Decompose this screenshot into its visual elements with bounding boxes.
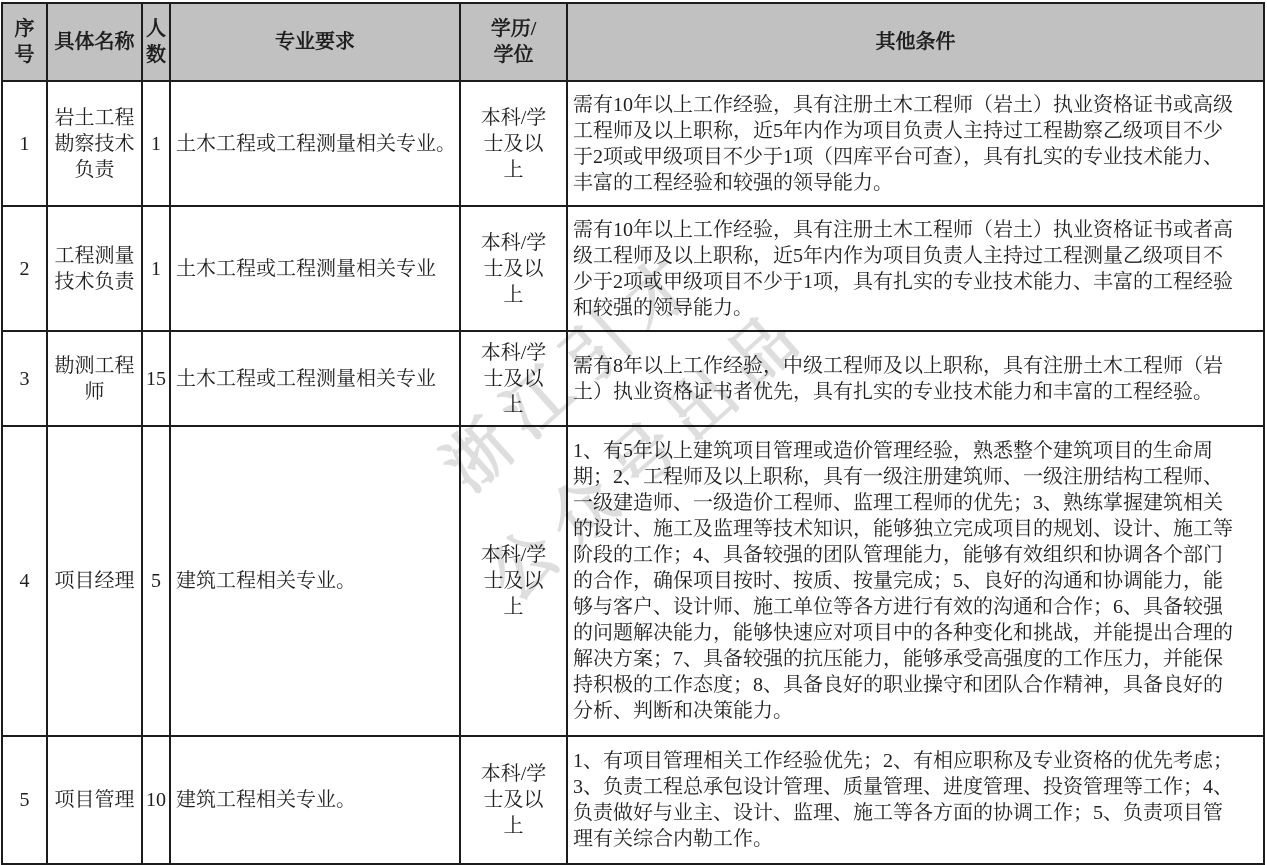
cell-other: 需有10年以上工作经验，具有注册土木工程师（岩土）执业资格证书或者高级工程师及以… xyxy=(567,206,1264,331)
cell-name: 项目管理 xyxy=(47,736,142,864)
cell-name: 勘测工程师 xyxy=(47,331,142,426)
cell-count: 1 xyxy=(142,206,170,331)
cell-major: 土木工程或工程测量相关专业 xyxy=(170,206,460,331)
header-seq: 序号 xyxy=(2,3,47,81)
recruitment-table: 序号 具体名称 人数 专业要求 学历/学位 其他条件 1岩土工程勘察技术负责1土… xyxy=(1,2,1265,865)
header-major: 专业要求 xyxy=(170,3,460,81)
cell-other: 1、有项目管理相关工作经验优先；2、有相应职称及专业资格的优先考虑；3、负责工程… xyxy=(567,736,1264,864)
header-degree: 学历/学位 xyxy=(460,3,567,81)
header-other: 其他条件 xyxy=(567,3,1264,81)
recruitment-table-page: 序号 具体名称 人数 专业要求 学历/学位 其他条件 1岩土工程勘察技术负责1土… xyxy=(0,0,1267,865)
cell-major: 建筑工程相关专业。 xyxy=(170,736,460,864)
cell-major: 土木工程或工程测量相关专业 xyxy=(170,331,460,426)
cell-degree: 本科/学士及以上 xyxy=(460,736,567,864)
cell-seq: 3 xyxy=(2,331,47,426)
cell-degree: 本科/学士及以上 xyxy=(460,206,567,331)
header-name: 具体名称 xyxy=(47,3,142,81)
cell-name: 岩土工程勘察技术负责 xyxy=(47,81,142,206)
cell-major: 土木工程或工程测量相关专业。 xyxy=(170,81,460,206)
cell-count: 15 xyxy=(142,331,170,426)
table-row: 3勘测工程师15土木工程或工程测量相关专业本科/学士及以上需有8年以上工作经验，… xyxy=(2,331,1264,426)
table-row: 2工程测量技术负责1土木工程或工程测量相关专业本科/学士及以上需有10年以上工作… xyxy=(2,206,1264,331)
cell-degree: 本科/学士及以上 xyxy=(460,81,567,206)
cell-degree: 本科/学士及以上 xyxy=(460,331,567,426)
cell-seq: 4 xyxy=(2,426,47,736)
table-header: 序号 具体名称 人数 专业要求 学历/学位 其他条件 xyxy=(2,3,1264,81)
cell-count: 1 xyxy=(142,81,170,206)
cell-degree: 本科/学士及以上 xyxy=(460,426,567,736)
cell-other: 1、有5年以上建筑项目管理或造价管理经验，熟悉整个建筑项目的生命周期；2、工程师… xyxy=(567,426,1264,736)
table-row: 5项目管理10建筑工程相关专业。本科/学士及以上1、有项目管理相关工作经验优先；… xyxy=(2,736,1264,864)
cell-seq: 2 xyxy=(2,206,47,331)
table-body: 1岩土工程勘察技术负责1土木工程或工程测量相关专业。本科/学士及以上需有10年以… xyxy=(2,81,1264,864)
header-row: 序号 具体名称 人数 专业要求 学历/学位 其他条件 xyxy=(2,3,1264,81)
table-row: 1岩土工程勘察技术负责1土木工程或工程测量相关专业。本科/学士及以上需有10年以… xyxy=(2,81,1264,206)
cell-major: 建筑工程相关专业。 xyxy=(170,426,460,736)
cell-other: 需有10年以上工作经验，具有注册土木工程师（岩土）执业资格证书或高级工程师及以上… xyxy=(567,81,1264,206)
table-row: 4项目经理5建筑工程相关专业。本科/学士及以上1、有5年以上建筑项目管理或造价管… xyxy=(2,426,1264,736)
header-count: 人数 xyxy=(142,3,170,81)
cell-other: 需有8年以上工作经验，中级工程师及以上职称，具有注册土木工程师（岩土）执业资格证… xyxy=(567,331,1264,426)
cell-count: 10 xyxy=(142,736,170,864)
cell-count: 5 xyxy=(142,426,170,736)
cell-seq: 5 xyxy=(2,736,47,864)
cell-name: 项目经理 xyxy=(47,426,142,736)
cell-seq: 1 xyxy=(2,81,47,206)
cell-name: 工程测量技术负责 xyxy=(47,206,142,331)
